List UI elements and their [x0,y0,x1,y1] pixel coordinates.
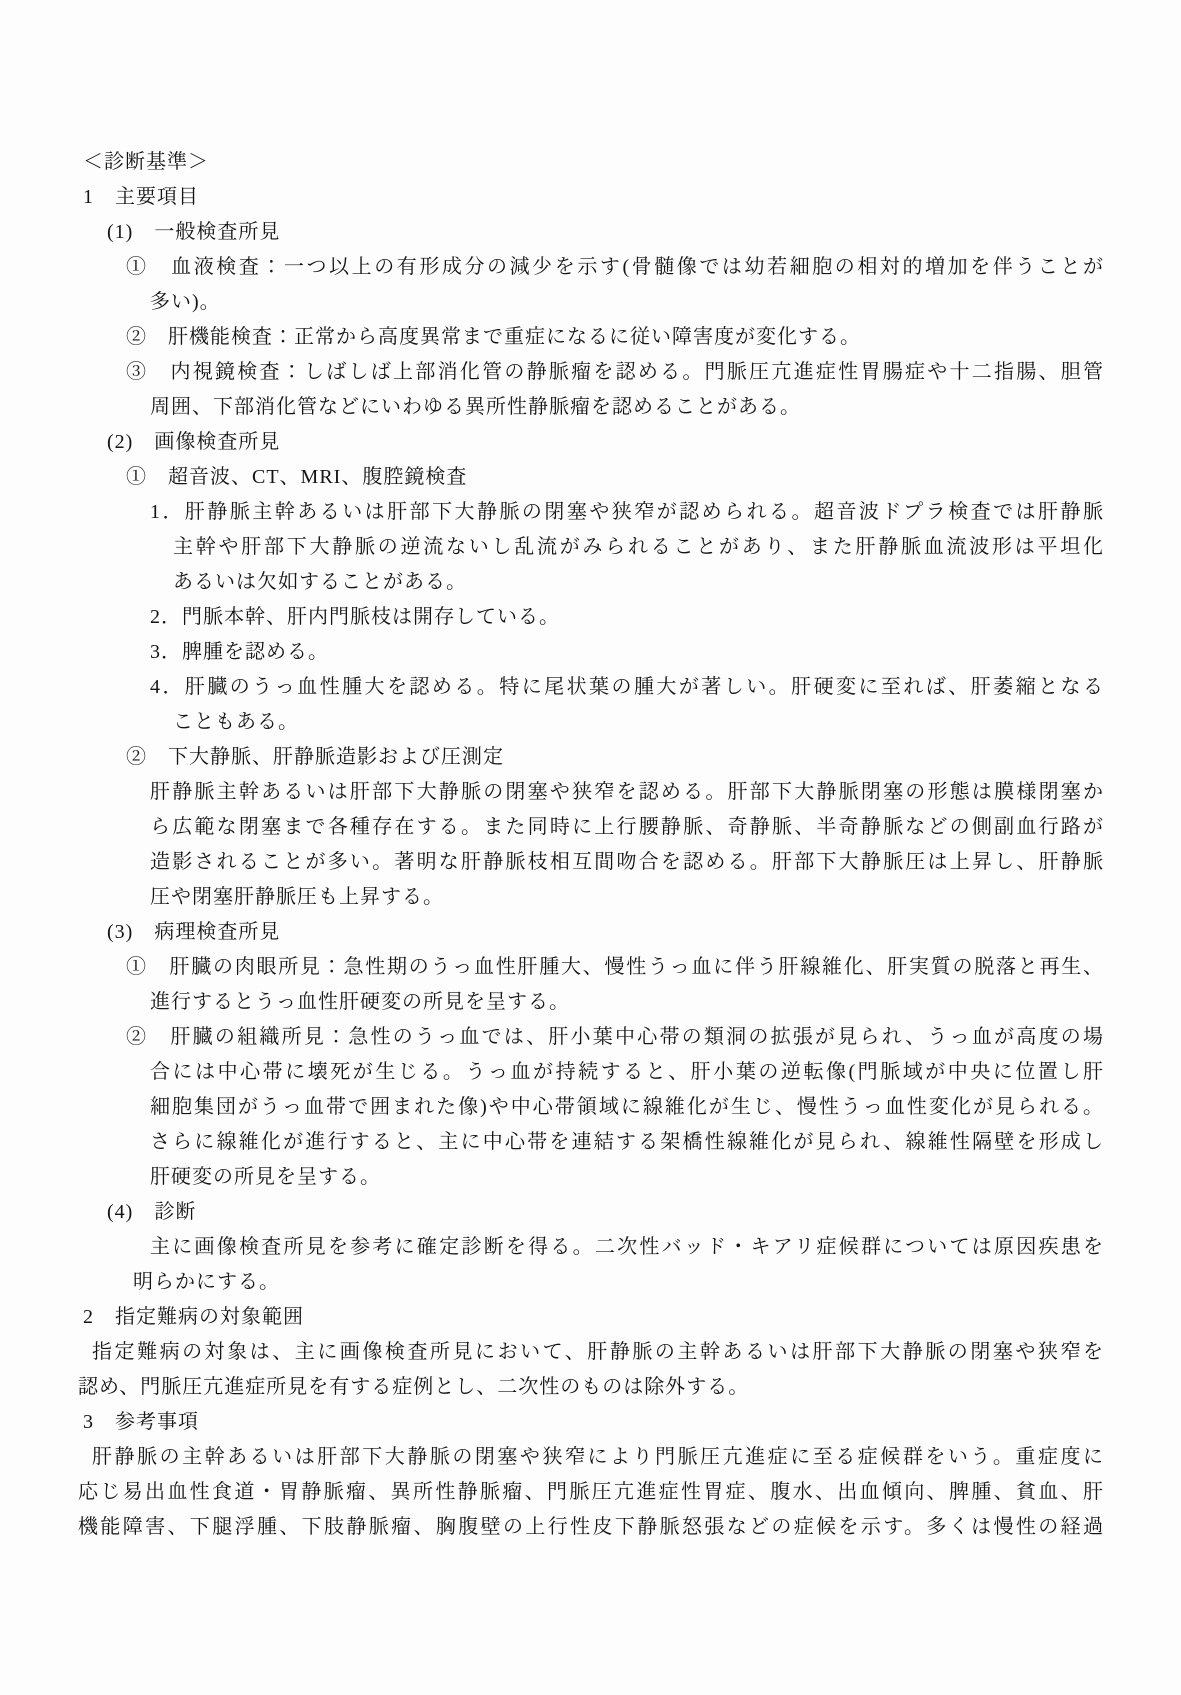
text-line: 3 参考事項 [83,1405,1104,1440]
text-line: 指定難病の対象は、主に画像検査所見において、肝静脈の主幹あるいは肝部下大静脈の閉… [92,1335,1104,1370]
text-line: (3) 病理検査所見 [107,915,1104,950]
text-line: 機能障害、下腿浮腫、下肢静脈瘤、胸腹壁の上行性皮下静脈怒張などの症候を示す。多く… [78,1510,1104,1545]
text-line: 多い)。 [150,285,1104,320]
text-line: 認め、門脈圧亢進症所見を有する症例とし、二次性のものは除外する。 [78,1370,1104,1405]
page: { "page": { "background": "#fdfdfd", "te… [0,0,1181,1695]
text-line: 3．脾腫を認める。 [150,635,1104,670]
text-line: ② 下大静脈、肝静脈造影および圧測定 [126,740,1104,775]
text-line: ① 血液検査：一つ以上の有形成分の減少を示す(骨髄像では幼若細胞の相対的増加を伴… [126,250,1104,285]
text-line: ① 肝臓の肉眼所見：急性期のうっ血性肝腫大、慢性うっ血に伴う肝線維化、肝実質の脱… [126,950,1104,985]
text-line: あるいは欠如することがある。 [173,565,1104,600]
text-line: こともある。 [173,705,1104,740]
text-line: 1 主要項目 [83,180,1104,215]
text-line: ② 肝機能検査：正常から高度異常まで重症になるに従い障害度が変化する。 [126,320,1104,355]
text-line: 肝静脈主幹あるいは肝部下大静脈の閉塞や狭窄を認める。肝部下大静脈閉塞の形態は膜様… [150,775,1104,810]
text-line: 細胞集団がうっ血帯で囲まれた像)や中心帯領域に線維化が生じ、慢性うっ血性変化が見… [150,1090,1104,1125]
text-line: ② 肝臓の組織所見：急性のうっ血では、肝小葉中心帯の類洞の拡張が見られ、うっ血が… [126,1020,1104,1055]
document-body: ＜診断基準＞1 主要項目(1) 一般検査所見① 血液検査：一つ以上の有形成分の減… [78,145,1104,1545]
text-line: 肝静脈の主幹あるいは肝部下大静脈の閉塞や狭窄により門脈圧亢進症に至る症候群をいう… [92,1440,1104,1475]
text-line: 明らかにする。 [133,1265,1104,1300]
text-line: 造影されることが多い。著明な肝静脈枝相互間吻合を認める。肝部下大静脈圧は上昇し、… [150,845,1104,880]
text-line: 圧や閉塞肝静脈圧も上昇する。 [150,880,1104,915]
text-line: (2) 画像検査所見 [107,425,1104,460]
text-line: 応じ易出血性食道・胃静脈瘤、異所性静脈瘤、門脈圧亢進症性胃症、腹水、出血傾向、脾… [78,1475,1104,1510]
text-line: 進行するとうっ血性肝硬変の所見を呈する。 [150,985,1104,1020]
text-line: (4) 診断 [107,1195,1104,1230]
text-line: 主に画像検査所見を参考に確定診断を得る。二次性バッド・キアリ症候群については原因… [150,1230,1104,1265]
text-line: (1) 一般検査所見 [107,215,1104,250]
text-line: 周囲、下部消化管などにいわゆる異所性静脈瘤を認めることがある。 [150,390,1104,425]
text-line: ＜診断基準＞ [83,145,1104,180]
text-line: 合には中心帯に壊死が生じる。うっ血が持続すると、肝小葉の逆転像(門脈域が中央に位… [150,1055,1104,1090]
text-line: 2．門脈本幹、肝内門脈枝は開存している。 [150,600,1104,635]
text-line: ら広範な閉塞まで各種存在する。また同時に上行腰静脈、奇静脈、半奇静脈などの側副血… [150,810,1104,845]
text-line: 4．肝臓のうっ血性腫大を認める。特に尾状葉の腫大が著しい。肝硬変に至れば、肝萎縮… [150,670,1104,705]
text-line: 肝硬変の所見を呈する。 [150,1160,1104,1195]
text-line: ① 超音波、CT、MRI、腹腔鏡検査 [126,460,1104,495]
text-line: 1．肝静脈主幹あるいは肝部下大静脈の閉塞や狭窄が認められる。超音波ドプラ検査では… [150,495,1104,530]
text-line: さらに線維化が進行すると、主に中心帯を連結する架橋性線維化が見られ、線維性隔壁を… [150,1125,1104,1160]
text-line: 主幹や肝部下大静脈の逆流ないし乱流がみられることがあり、また肝静脈血流波形は平坦… [173,530,1104,565]
text-line: 2 指定難病の対象範囲 [83,1300,1104,1335]
text-line: ③ 内視鏡検査：しばしば上部消化管の静脈瘤を認める。門脈圧亢進症性胃腸症や十二指… [126,355,1104,390]
